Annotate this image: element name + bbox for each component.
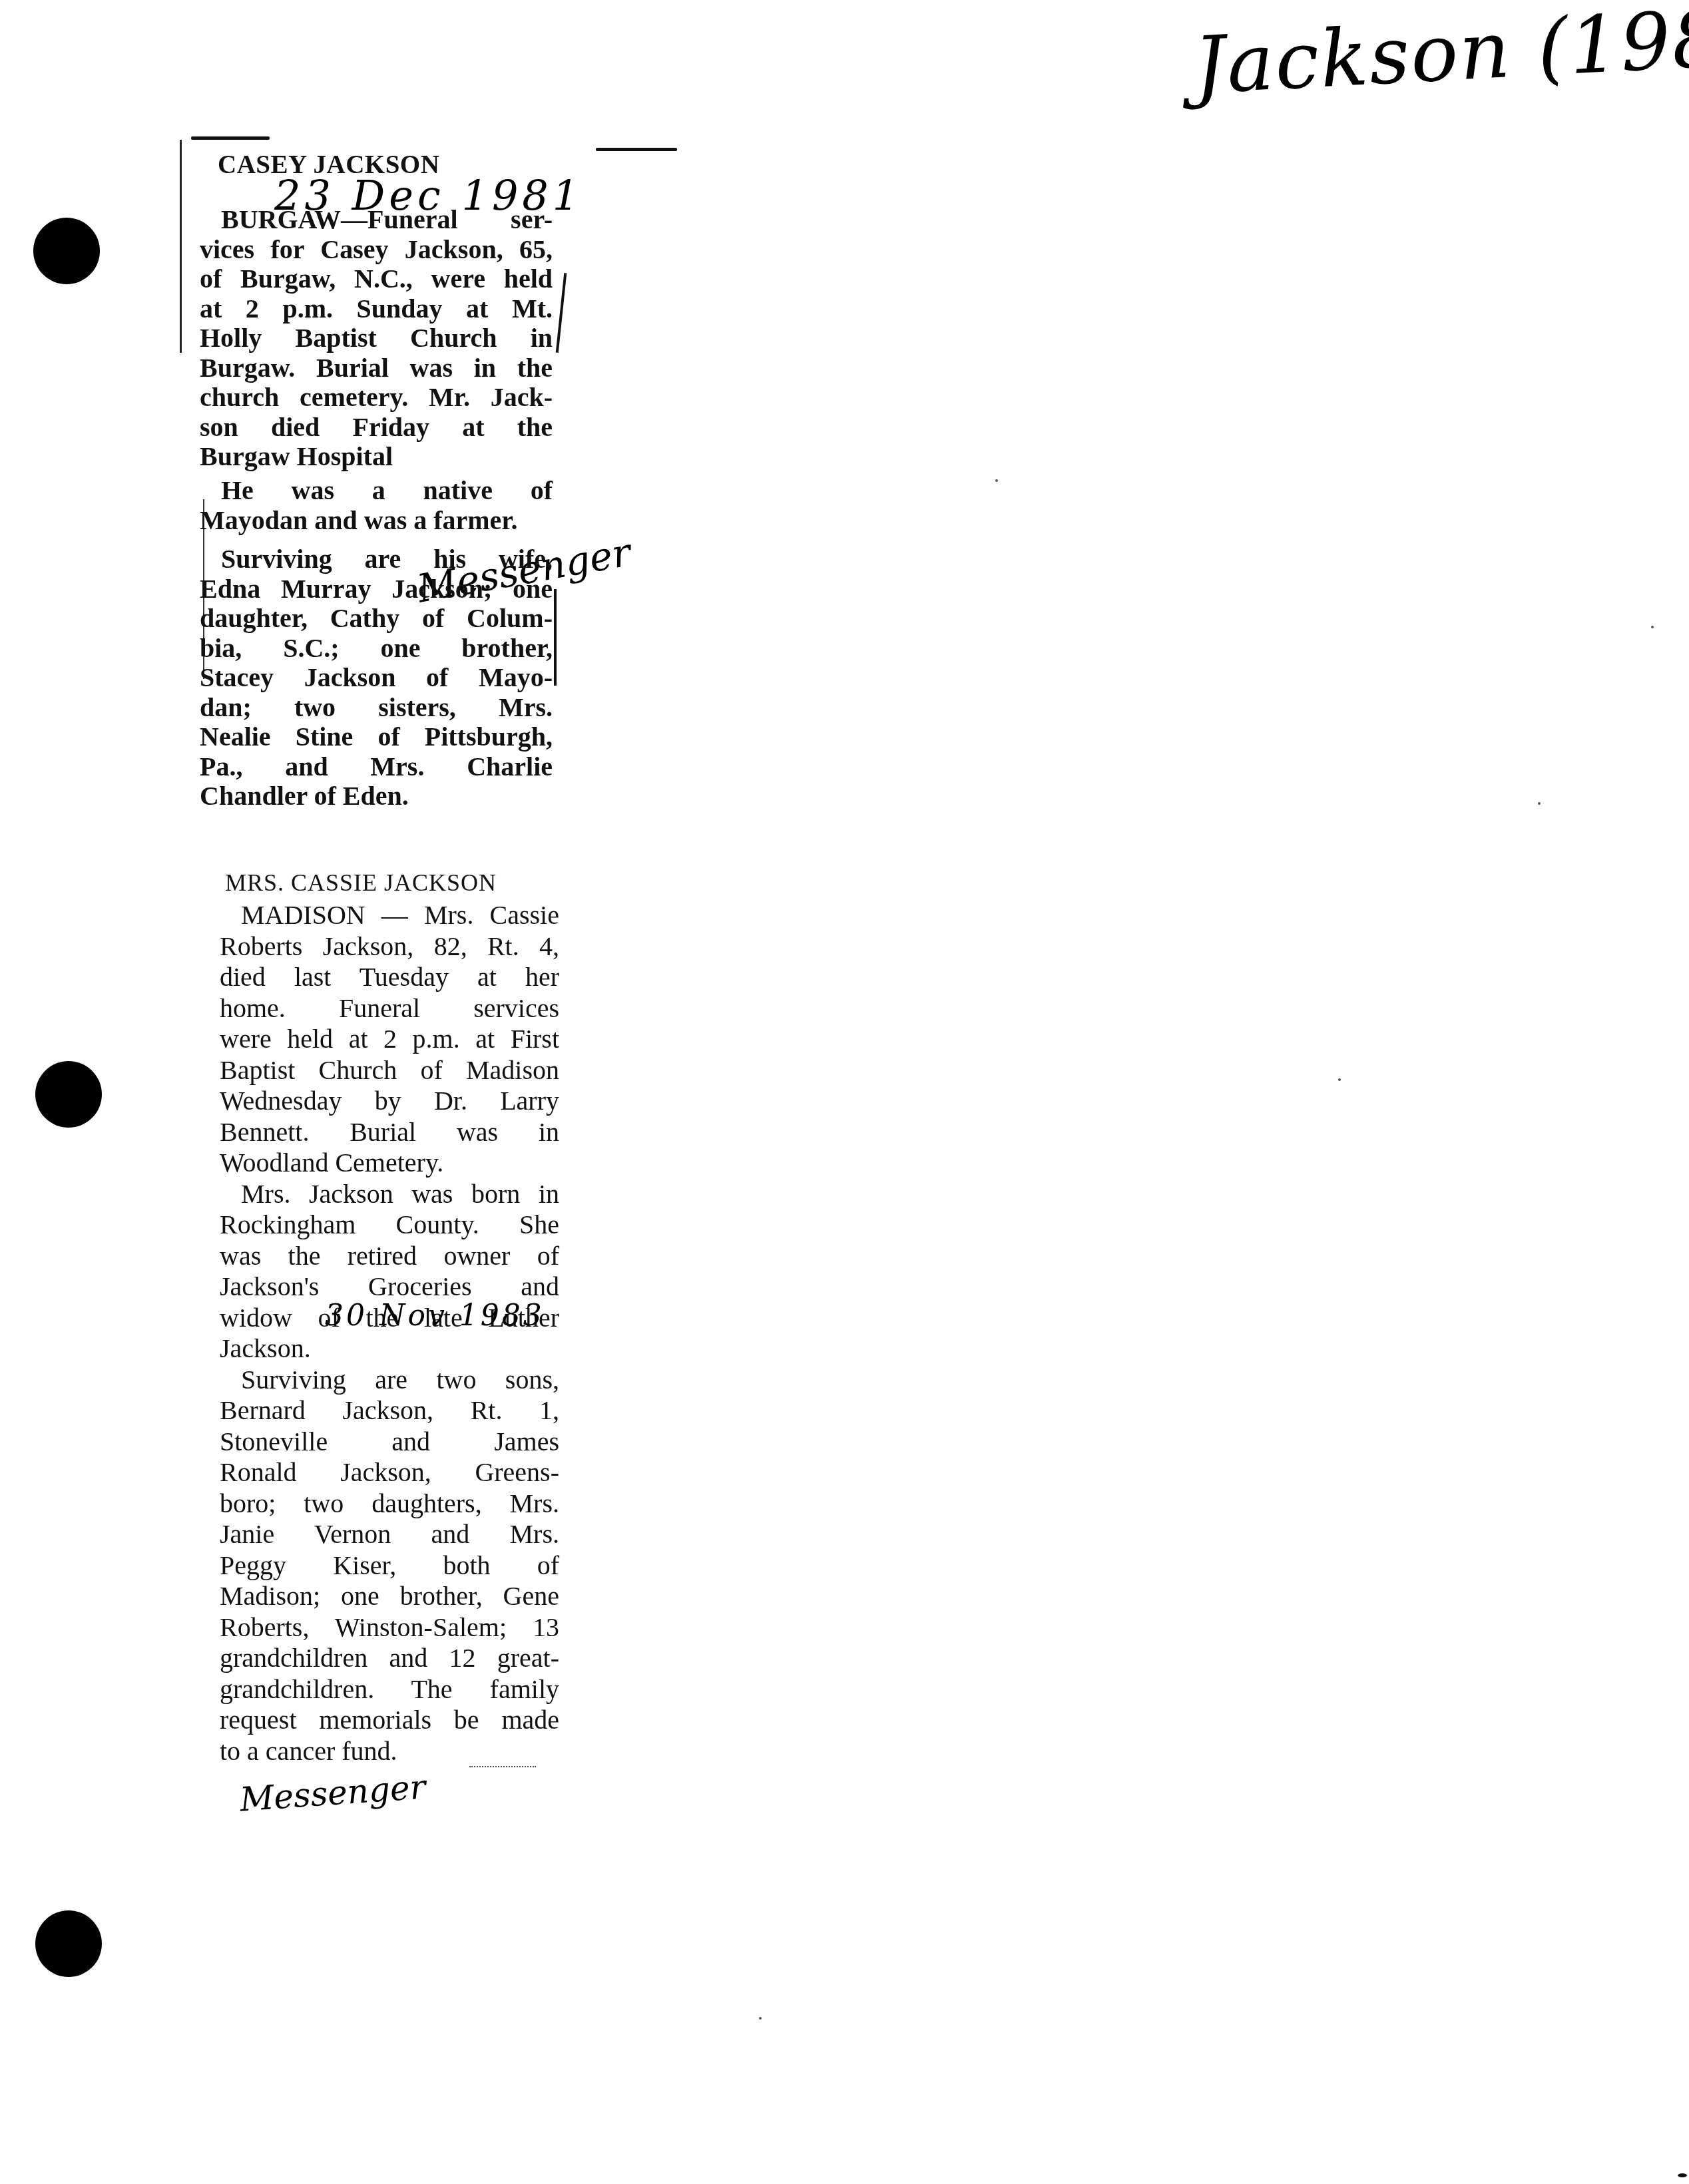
text-line: to a cancer fund.	[220, 1736, 559, 1767]
scan-speck	[759, 2017, 762, 2020]
text-line: Roberts, Winston-Salem; 13	[220, 1612, 559, 1643]
clipping-rule	[191, 136, 270, 140]
handwritten-source: Messenger	[238, 1767, 427, 1819]
obituary-paragraph: MADISON — Mrs. CassieRoberts Jackson, 82…	[220, 900, 559, 1179]
text-line: daughter, Cathy of Colum-	[200, 604, 553, 634]
obituary-headline: MRS. CASSIE JACKSON	[225, 869, 497, 897]
text-line: Stoneville and James	[220, 1426, 559, 1458]
margin-mark	[556, 273, 567, 353]
obituary-paragraph: Mrs. Jackson was born inRockingham Count…	[220, 1179, 559, 1365]
obituary-body: MADISON — Mrs. CassieRoberts Jackson, 82…	[220, 900, 559, 1767]
text-line: at 2 p.m. Sunday at Mt.	[200, 294, 553, 324]
clipping-edge	[180, 140, 182, 353]
text-line: Mayodan and was a farmer.	[200, 506, 553, 536]
text-line: Roberts Jackson, 82, Rt. 4,	[220, 931, 559, 963]
text-line: Woodland Cemetery.	[220, 1148, 559, 1179]
text-line: Stacey Jackson of Mayo-	[200, 663, 553, 693]
text-line: Wednesday by Dr. Larry	[220, 1086, 559, 1117]
clipping-rule	[469, 1766, 536, 1769]
text-line: of Burgaw, N.C., were held	[200, 264, 553, 294]
obituary-paragraph: BURGAW—Funeral ser-vices for Casey Jacks…	[200, 205, 553, 472]
punch-hole-icon	[35, 1910, 102, 1977]
text-line: Chandler of Eden.	[200, 781, 553, 811]
text-line: Peggy Kiser, both of	[220, 1550, 559, 1582]
text-line: were held at 2 p.m. at First	[220, 1024, 559, 1055]
obituary-paragraph: He was a native ofMayodan and was a farm…	[200, 476, 553, 535]
text-line: vices for Casey Jackson, 65,	[200, 235, 553, 265]
text-line: Baptist Church of Madison	[220, 1055, 559, 1086]
scan-speck	[995, 479, 998, 482]
text-line: Ronald Jackson, Greens-	[220, 1457, 559, 1488]
text-line: son died Friday at the	[200, 413, 553, 443]
text-line: Mrs. Jackson was born in	[220, 1179, 559, 1210]
text-line: Janie Vernon and Mrs.	[220, 1519, 559, 1550]
text-line: Surviving are his wife,	[200, 545, 553, 574]
text-line: Burgaw. Burial was in the	[200, 353, 553, 383]
text-line: Rockingham County. She	[220, 1209, 559, 1241]
text-line: church cemetery. Mr. Jack-	[200, 383, 553, 413]
scan-speck	[1338, 1078, 1341, 1081]
text-line: Nealie Stine of Pittsburgh,	[200, 722, 553, 752]
handwritten-date: 30 Nov 1983	[325, 1299, 545, 1333]
text-line: Bennett. Burial was in	[220, 1117, 559, 1148]
text-line: request memorials be made	[220, 1705, 559, 1736]
text-line: Burgaw Hospital	[200, 442, 553, 472]
text-line: He was a native of	[200, 476, 553, 506]
punch-hole-icon	[35, 1061, 102, 1128]
text-line: was the retired owner of	[220, 1241, 559, 1272]
margin-mark	[554, 589, 557, 686]
handwritten-header: Jackson (1980's)	[1192, 0, 1689, 112]
text-line: grandchildren and 12 great-	[220, 1643, 559, 1674]
text-line: Edna Murray Jackson; one	[200, 574, 553, 604]
text-line: Surviving are two sons,	[220, 1365, 559, 1396]
text-line: grandchildren. The family	[220, 1674, 559, 1705]
text-line: bia, S.C.; one brother,	[200, 634, 553, 664]
text-line: Holly Baptist Church in	[200, 324, 553, 353]
punch-hole-icon	[33, 218, 100, 284]
text-line: boro; two daughters, Mrs.	[220, 1488, 559, 1520]
obituary-paragraph: Surviving are two sons,Bernard Jackson, …	[220, 1365, 559, 1767]
scan-speck	[1538, 802, 1541, 805]
clipping-rule	[596, 148, 677, 151]
text-line: died last Tuesday at her	[220, 962, 559, 993]
obituary-paragraph: Surviving are his wife,Edna Murray Jacks…	[200, 545, 553, 811]
text-line: dan; two sisters, Mrs.	[200, 693, 553, 723]
text-line: Bernard Jackson, Rt. 1,	[220, 1395, 559, 1426]
text-line: MADISON — Mrs. Cassie	[220, 900, 559, 931]
text-line: Jackson's Groceries and	[220, 1271, 559, 1303]
text-line: home. Funeral services	[220, 993, 559, 1024]
scanned-page: Jackson (1980's) CASEY JACKSON 23 Dec 19…	[0, 0, 1689, 2184]
text-line: Madison; one brother, Gene	[220, 1581, 559, 1612]
scan-speck	[1678, 2173, 1687, 2177]
text-line: Jackson.	[220, 1333, 559, 1365]
text-line: Pa., and Mrs. Charlie	[200, 752, 553, 782]
text-line: BURGAW—Funeral ser-	[200, 205, 553, 235]
scan-speck	[1651, 626, 1654, 628]
